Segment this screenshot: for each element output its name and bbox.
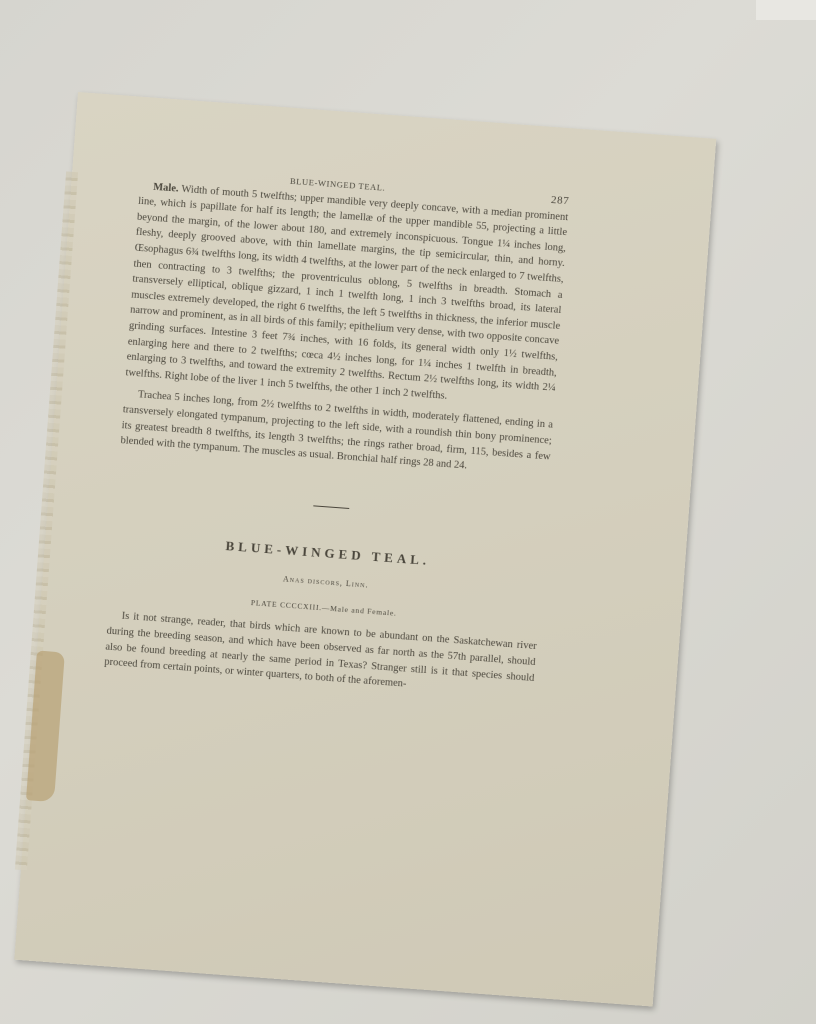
anatomy-paragraph-1: Male. Width of mouth 5 twelfths; upper m… [125, 178, 569, 412]
background-surface [756, 0, 816, 20]
anatomy-text-1: Width of mouth 5 twelfths; upper mandibl… [125, 183, 568, 401]
paper-stain [26, 650, 65, 802]
paragraph-lead: Male. [153, 181, 179, 194]
book-page: BLUE-WINGED TEAL. 287 Male. Width of mou… [14, 92, 716, 1007]
page-number: 287 [550, 193, 569, 210]
page-content: BLUE-WINGED TEAL. 287 Male. Width of mou… [104, 163, 570, 702]
section-divider [313, 505, 349, 509]
